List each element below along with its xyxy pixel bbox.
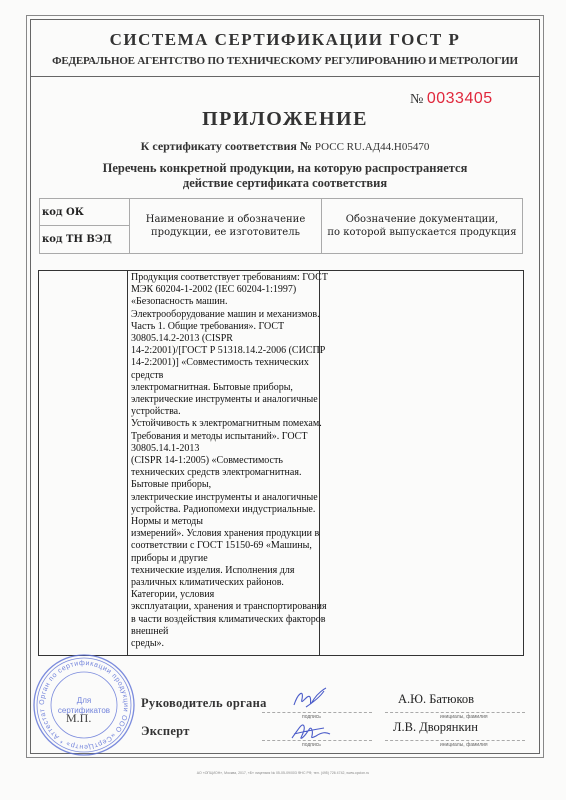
stamp-place-mark: М.П. <box>66 711 91 726</box>
product-description-line: 14-2:2001)] «Совместимость технических <box>131 357 317 369</box>
product-description-line: электромагнитная. Бытовые приборы, <box>131 382 317 394</box>
product-description-line: среды». <box>131 638 317 650</box>
product-description-line: Бытовые приборы, <box>131 479 317 491</box>
appendix-title: ПРИЛОЖЕНИЕ <box>30 108 540 131</box>
stamp-center-line-1: Для <box>77 696 91 705</box>
code-cell <box>39 271 128 655</box>
product-description-line: Часть 1. Общие требования». ГОСТ <box>131 321 317 333</box>
expert-name: Л.В. Дворянкин <box>393 720 478 735</box>
list-title-line-2: действие сертификата соответствия <box>30 176 540 191</box>
expert-name-line <box>385 740 525 741</box>
head-name: А.Ю. Батюков <box>398 692 474 707</box>
header-documentation: Обозначение документации, по которой вып… <box>322 199 522 253</box>
header-code-ok: код ОК <box>40 199 129 226</box>
printer-imprint: АО «ОПЦИОН», Москва, 2017, «Б» лицензия … <box>0 771 566 775</box>
certificate-number: РОСС RU.АД44.Н05470 <box>315 141 429 153</box>
list-title-line-1: Перечень конкретной продукции, на котору… <box>30 161 540 176</box>
head-signature-icon <box>290 685 330 715</box>
agency-name: ФЕДЕРАЛЬНОЕ АГЕНТСТВО ПО ТЕХНИЧЕСКОМУ РЕ… <box>30 55 540 67</box>
seal-stamp-icon: Орган по сертификации продукции ООО «Сер… <box>32 653 136 757</box>
product-description-line: в части воздействия климатических фактор… <box>131 614 317 626</box>
header-divider <box>30 76 540 77</box>
product-table: Продукция соответствует требованиям: ГОС… <box>38 270 524 656</box>
product-description-line: МЭК 60204-1-2002 (IEC 60204-1:1997) <box>131 284 317 296</box>
product-description-line: Продукция соответствует требованиям: ГОС… <box>131 272 317 284</box>
product-description-line: Электрооборудование машин и механизмов. <box>131 309 317 321</box>
head-label: Руководитель органа <box>141 696 267 711</box>
product-description-line: Категории, условия <box>131 589 317 601</box>
product-description-line: электрические инструменты и аналогичные <box>131 394 317 406</box>
product-description-line: электрические инструменты и аналогичные <box>131 492 317 504</box>
head-name-line <box>385 712 525 713</box>
product-description-line: технических средств электромагнитная. <box>131 467 317 479</box>
product-description-line: внешней <box>131 626 317 638</box>
product-description-line: измерений». Условия хранения продукции в <box>131 528 317 540</box>
certificate-prefix: К сертификату соответствия № <box>141 139 312 153</box>
product-description-line: (CISPR 14-1:2005) «Совместимость <box>131 455 317 467</box>
header-product-name-line-2: продукции, ее изготовитель <box>146 226 306 239</box>
product-description-line: 30805.14.2-2013 (CISPR <box>131 333 317 345</box>
header-documentation-line-1: Обозначение документации, <box>327 213 516 226</box>
number-sign: № <box>410 92 423 107</box>
header-product-name-line-1: Наименование и обозначение <box>146 213 306 226</box>
expert-label: Эксперт <box>141 724 190 739</box>
product-description-line: эксплуатации, хранения и транспортирован… <box>131 601 317 613</box>
product-description-line: устройства. Радиопомехи индустриальные. <box>131 504 317 516</box>
product-description-line: «Безопасность машин. <box>131 296 317 308</box>
product-description-line: 14-2:2001)/[ГОСТ Р 51318.14.2-2006 (СИСП… <box>131 345 317 357</box>
product-description-line: Нормы и методы <box>131 516 317 528</box>
list-title: Перечень конкретной продукции, на котору… <box>30 161 540 191</box>
system-title: СИСТЕМА СЕРТИФИКАЦИИ ГОСТ Р <box>30 30 540 50</box>
product-description-line: различных климатических районов. <box>131 577 317 589</box>
table-header: код ОК код ТН ВЭД Наименование и обознач… <box>39 198 523 254</box>
expert-name-caption: инициалы, фамилия <box>440 742 488 748</box>
product-description-line: Требования и методы испытаний». ГОСТ <box>131 431 317 443</box>
product-description-line: приборы и другие <box>131 553 317 565</box>
documentation-cell <box>320 271 523 655</box>
header-documentation-line-2: по которой выпускается продукция <box>327 226 516 239</box>
product-description-line: Устойчивость к электромагнитным помехам. <box>131 418 317 430</box>
header-product-name: Наименование и обозначение продукции, ее… <box>130 199 322 253</box>
certificate-reference: К сертификату соответствия № РОСС RU.АД4… <box>30 139 540 154</box>
product-description-cell: Продукция соответствует требованиям: ГОС… <box>128 271 320 655</box>
header-code-tn-ved: код ТН ВЭД <box>40 226 129 253</box>
product-description-line: устройства. <box>131 406 317 418</box>
form-number-value: 0033405 <box>427 90 493 107</box>
form-number: № 0033405 <box>410 90 493 108</box>
product-description-line: 30805.14.1-2013 <box>131 443 317 455</box>
expert-signature-icon <box>288 718 332 744</box>
product-description-line: соответствии с ГОСТ 15150-69 «Машины, <box>131 540 317 552</box>
product-description-line: технические изделия. Исполнения для <box>131 565 317 577</box>
header-code-column: код ОК код ТН ВЭД <box>40 199 130 253</box>
product-description-line: средств <box>131 370 317 382</box>
